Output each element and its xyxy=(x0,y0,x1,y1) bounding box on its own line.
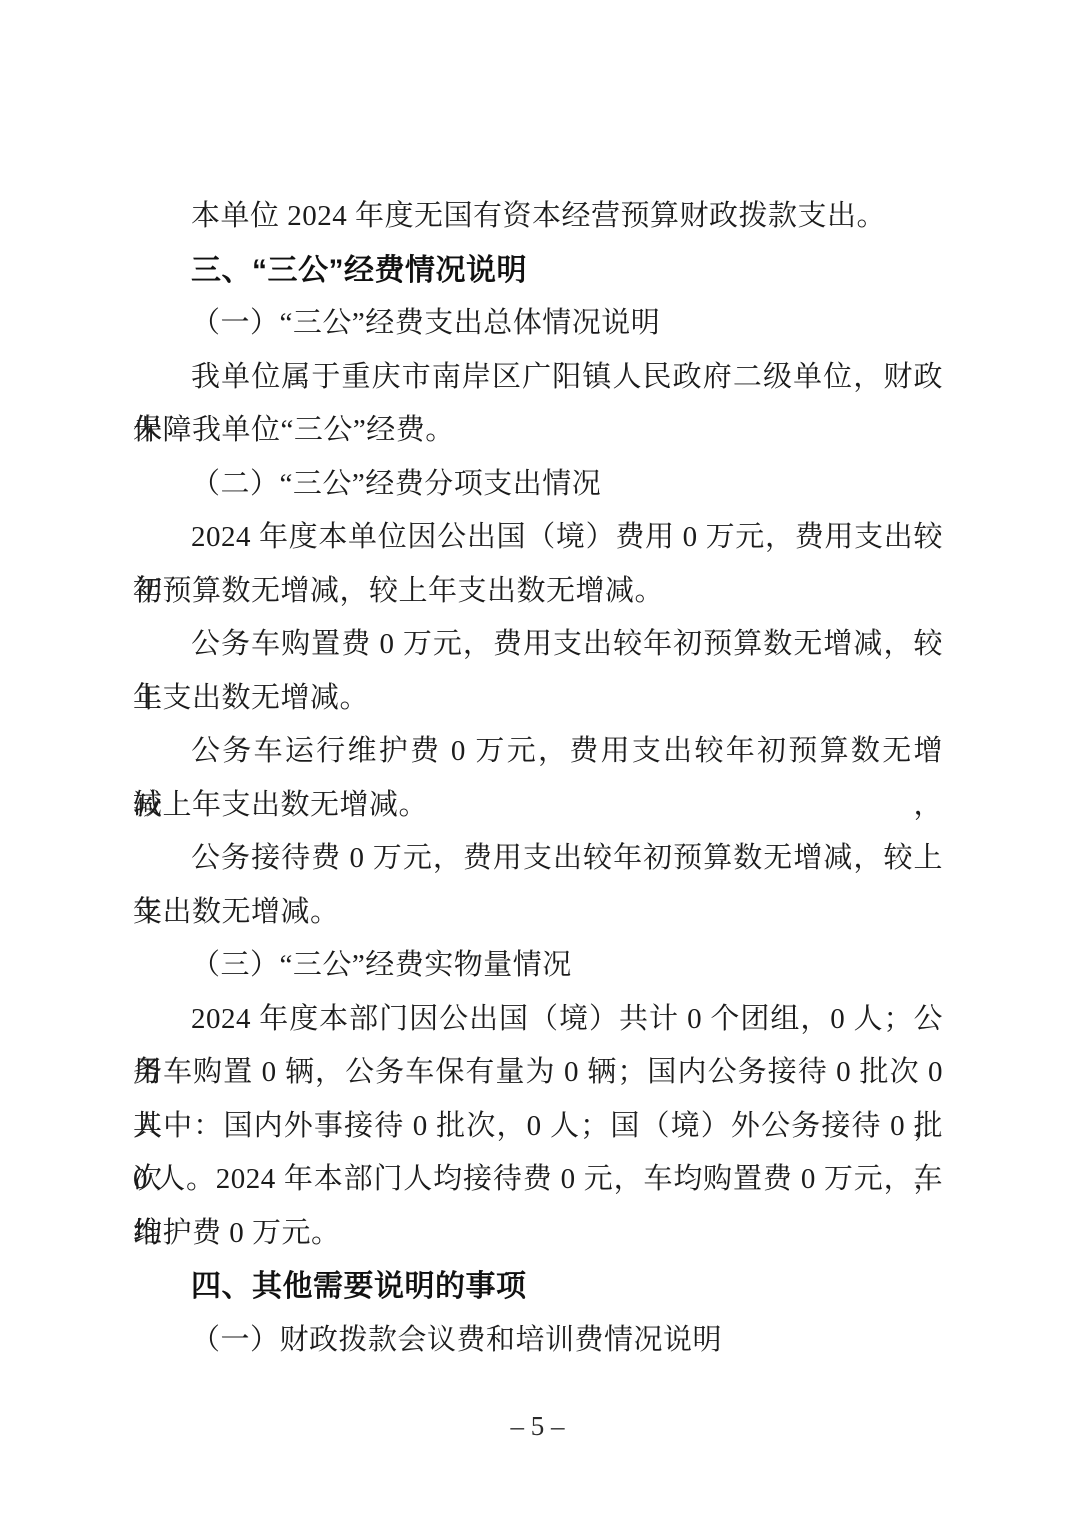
paragraph-line: 支出数无增减。 xyxy=(133,886,943,940)
paragraph-line: 本单位 2024 年度无国有资本经营预算财政拨款支出。 xyxy=(133,190,943,244)
document-body: 本单位 2024 年度无国有资本经营预算财政拨款支出。 三、“三公”经费情况说明… xyxy=(133,190,943,1367)
paragraph-line: 2024 年度本单位因公出国（境）费用 0 万元，费用支出较年 xyxy=(133,511,943,565)
paragraph-line: 公务车运行维护费 0 万元，费用支出较年初预算数无增减， xyxy=(133,725,943,779)
paragraph-line: 其中：国内外事接待 0 批次，0 人；国（境）外公务接待 0 批次， xyxy=(133,1100,943,1154)
paragraph-line: 0 人。2024 年本部门人均接待费 0 元，车均购置费 0 万元，车均 xyxy=(133,1153,943,1207)
paragraph-line: 年支出数无增减。 xyxy=(133,672,943,726)
subsection-heading: （一）“三公”经费支出总体情况说明 xyxy=(133,297,943,351)
paragraph-line: 用车购置 0 辆，公务车保有量为 0 辆；国内公务接待 0 批次 0 人， xyxy=(133,1046,943,1100)
section-heading: 四、其他需要说明的事项 xyxy=(133,1260,943,1314)
paragraph-line: 保障我单位“三公”经费。 xyxy=(133,404,943,458)
paragraph-line: 2024 年度本部门因公出国（境）共计 0 个团组，0 人；公务 xyxy=(133,993,943,1047)
paragraph-line: 维护费 0 万元。 xyxy=(133,1207,943,1261)
section-heading: 三、“三公”经费情况说明 xyxy=(133,244,943,298)
paragraph-line: 公务车购置费 0 万元，费用支出较年初预算数无增减，较上 xyxy=(133,618,943,672)
subsection-heading: （三）“三公”经费实物量情况 xyxy=(133,939,943,993)
paragraph-line: 我单位属于重庆市南岸区广阳镇人民政府二级单位，财政未 xyxy=(133,351,943,405)
document-page: 本单位 2024 年度无国有资本经营预算财政拨款支出。 三、“三公”经费情况说明… xyxy=(0,0,1075,1520)
page-number: – 5 – xyxy=(0,1406,1075,1446)
paragraph-line: 初预算数无增减，较上年支出数无增减。 xyxy=(133,565,943,619)
subsection-heading: （二）“三公”经费分项支出情况 xyxy=(133,458,943,512)
subsection-heading: （一）财政拨款会议费和培训费情况说明 xyxy=(133,1314,943,1368)
paragraph-line: 公务接待费 0 万元，费用支出较年初预算数无增减，较上年 xyxy=(133,832,943,886)
